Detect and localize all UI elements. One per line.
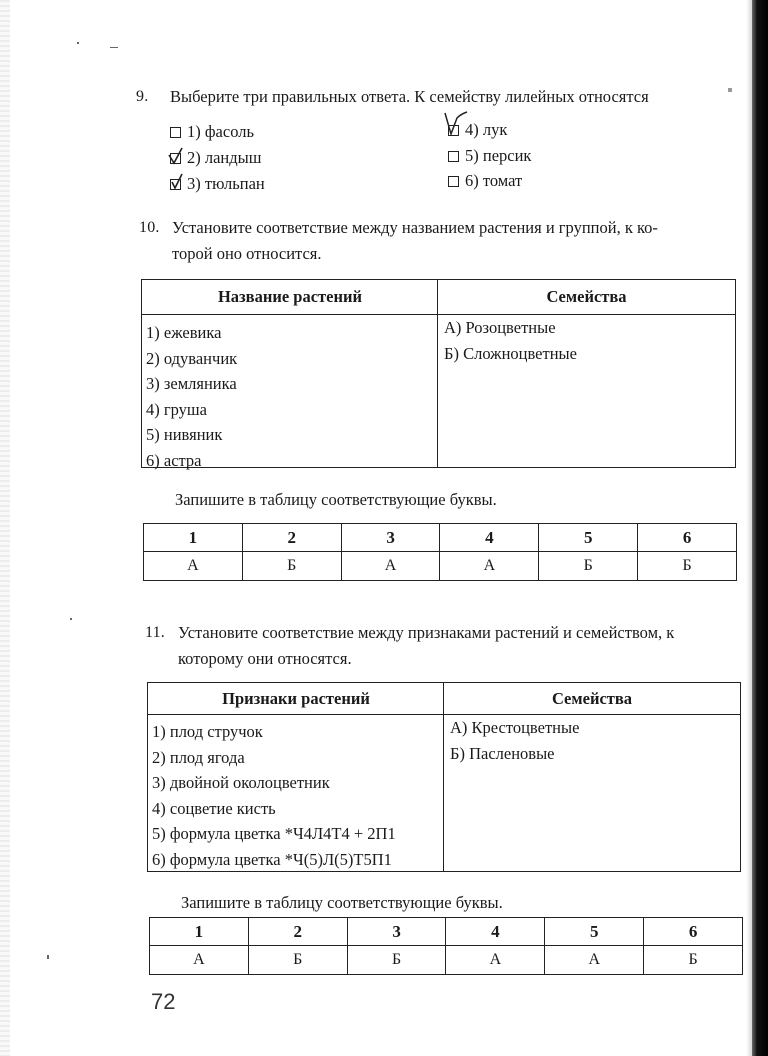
option-label: 3) тюльпан: [187, 174, 265, 194]
list-item: 5) формула цветка *Ч4Л4Т4 + 2П1: [152, 821, 396, 847]
handwritten-checkmark-icon: [168, 146, 188, 166]
answer-number-cell: 6: [638, 524, 737, 552]
question-text-line-1: Установите соответствие между названием …: [172, 215, 658, 241]
list-item: 1) ежевика: [146, 320, 237, 346]
right-column-header: Семейства: [444, 683, 740, 714]
answer-cell[interactable]: Б: [242, 552, 341, 581]
option-label: 6) томат: [465, 171, 522, 191]
scan-speck: [70, 618, 72, 620]
answer-grid-letters-row: АББААБ: [150, 946, 743, 975]
answer-cell[interactable]: Б: [644, 946, 743, 975]
answer-cell[interactable]: А: [144, 552, 243, 581]
list-item: 5) нивяник: [146, 422, 237, 448]
answer-cell[interactable]: Б: [638, 552, 737, 581]
scan-speck: [110, 47, 118, 48]
question-text-line-2: торой оно относится.: [172, 241, 322, 267]
option-1[interactable]: 1) фасоль: [170, 122, 254, 142]
answer-grid-letters-row: АБААББ: [144, 552, 737, 581]
question-text: Выберите три правильных ответа. К семейс…: [170, 84, 649, 110]
list-item: Б) Пасленовые: [450, 741, 579, 767]
list-item: А) Крестоцветные: [450, 715, 579, 741]
answer-number-cell: 3: [341, 524, 440, 552]
list-item: 3) земляника: [146, 371, 237, 397]
option-3[interactable]: 3) тюльпан: [170, 174, 265, 194]
list-item: 4) груша: [146, 397, 237, 423]
answer-number-cell: 3: [347, 918, 446, 946]
family-list: А) РозоцветныеБ) Сложноцветные: [444, 315, 577, 366]
option-label: 4) лук: [465, 120, 507, 140]
scan-speck: [728, 88, 732, 92]
checkbox-checked-icon[interactable]: [448, 125, 459, 136]
left-column-header: Название растений: [142, 280, 438, 314]
list-item: 1) плод стручок: [152, 719, 396, 745]
answer-cell[interactable]: А: [545, 946, 644, 975]
answer-number-cell: 5: [545, 918, 644, 946]
scan-speck: [47, 955, 49, 959]
list-item: 2) плод ягода: [152, 745, 396, 771]
page-number: 72: [151, 989, 175, 1015]
list-item: 4) соцветие кисть: [152, 796, 396, 822]
answer-number-cell: 6: [644, 918, 743, 946]
question-text-line-2: которому они относятся.: [178, 646, 352, 672]
answer-number-cell: 2: [248, 918, 347, 946]
feature-list: 1) плод стручок2) плод ягода3) двойной о…: [152, 719, 396, 872]
list-item: 6) астра: [146, 448, 237, 474]
answer-cell[interactable]: А: [341, 552, 440, 581]
matching-table: Признаки растений Семейства 1) плод стру…: [147, 682, 741, 872]
list-item: 2) одуванчик: [146, 346, 237, 372]
answer-number-cell: 4: [446, 918, 545, 946]
instruction-text: Запишите в таблицу соответствующие буквы…: [181, 893, 503, 913]
answer-grid-numbers-row: 123456: [150, 918, 743, 946]
plant-list: 1) ежевика2) одуванчик3) земляника4) гру…: [146, 320, 237, 473]
scan-speck: [77, 42, 79, 44]
right-column-header: Семейства: [438, 280, 735, 314]
answer-cell[interactable]: Б: [248, 946, 347, 975]
answer-number-cell: 1: [144, 524, 243, 552]
left-column-header: Признаки растений: [148, 683, 444, 714]
option-6[interactable]: 6) томат: [448, 171, 522, 191]
answer-cell[interactable]: Б: [539, 552, 638, 581]
answer-number-cell: 1: [150, 918, 249, 946]
scan-edge-left: [0, 0, 10, 1056]
list-item: Б) Сложноцветные: [444, 341, 577, 367]
column-divider: [443, 683, 444, 871]
answer-cell[interactable]: А: [440, 552, 539, 581]
matching-table-header: Признаки растений Семейства: [148, 683, 740, 715]
question-number: 10.: [139, 219, 160, 237]
family-list: А) КрестоцветныеБ) Пасленовые: [450, 715, 579, 766]
option-label: 2) ландыш: [187, 148, 261, 168]
scan-edge-right: [752, 0, 768, 1056]
answer-cell[interactable]: Б: [347, 946, 446, 975]
answer-number-cell: 5: [539, 524, 638, 552]
checkbox-checked-icon[interactable]: [170, 179, 181, 190]
checkbox-checked-icon[interactable]: [170, 153, 181, 164]
checkbox-empty-icon[interactable]: [170, 127, 181, 138]
option-5[interactable]: 5) персик: [448, 146, 531, 166]
answer-number-cell: 2: [242, 524, 341, 552]
option-2[interactable]: 2) ландыш: [170, 148, 261, 168]
list-item: А) Розоцветные: [444, 315, 577, 341]
handwritten-checkmark-icon: [169, 171, 189, 191]
list-item: 3) двойной околоцветник: [152, 770, 396, 796]
list-item: 6) формула цветка *Ч(5)Л(5)Т5П1: [152, 847, 396, 873]
answer-grid: 123456 АБААББ: [143, 523, 737, 581]
question-text-line-1: Установите соответствие между признаками…: [178, 620, 674, 646]
question-number: 9.: [136, 88, 148, 106]
answer-grid: 123456 АББААБ: [149, 917, 743, 975]
matching-table: Название растений Семейства 1) ежевика2)…: [141, 279, 736, 468]
answer-number-cell: 4: [440, 524, 539, 552]
option-4[interactable]: 4) лук: [448, 120, 507, 140]
checkbox-empty-icon[interactable]: [448, 151, 459, 162]
option-label: 5) персик: [465, 146, 531, 166]
question-number: 11.: [145, 624, 165, 642]
answer-cell[interactable]: А: [446, 946, 545, 975]
answer-cell[interactable]: А: [150, 946, 249, 975]
answer-grid-numbers-row: 123456: [144, 524, 737, 552]
column-divider: [437, 280, 438, 467]
option-label: 1) фасоль: [187, 122, 254, 142]
matching-table-header: Название растений Семейства: [142, 280, 735, 315]
checkbox-empty-icon[interactable]: [448, 176, 459, 187]
instruction-text: Запишите в таблицу соответствующие буквы…: [175, 490, 497, 510]
